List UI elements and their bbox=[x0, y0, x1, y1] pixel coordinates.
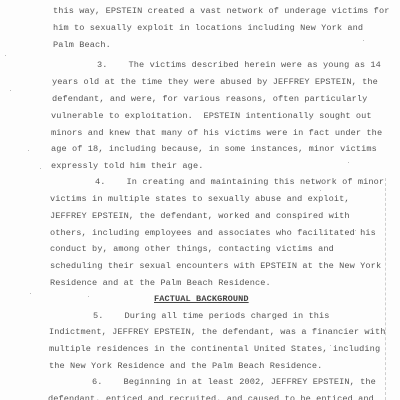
text-line: Palm Beach. bbox=[53, 40, 111, 50]
scan-speck bbox=[363, 40, 364, 41]
scan-speck bbox=[10, 90, 11, 91]
text-line: victims in multiple states to sexually a… bbox=[50, 194, 350, 204]
scan-speck bbox=[355, 230, 356, 231]
text-line: conduct by, among other things, contacti… bbox=[50, 244, 334, 254]
scan-speck bbox=[5, 55, 6, 56]
text-line: 6. Beginning in at least 2002, JEFFREY E… bbox=[92, 377, 376, 387]
document-page: this way, EPSTEIN created a vast network… bbox=[0, 0, 400, 400]
text-line: defendant, enticed and recruited, and ca… bbox=[48, 394, 374, 400]
scan-speck bbox=[40, 168, 41, 169]
text-line: the New York Residence and the Palm Beac… bbox=[49, 361, 322, 371]
text-line: age of 18, including because, in some in… bbox=[51, 144, 377, 154]
text-line: expressly told him their age. bbox=[51, 161, 203, 171]
scan-speck bbox=[340, 98, 341, 99]
scan-speck bbox=[30, 293, 31, 294]
scan-speck bbox=[88, 296, 89, 297]
text-line: 3. The victims described herein were as … bbox=[97, 60, 381, 70]
text-line: years old at the time they were abused b… bbox=[52, 77, 378, 87]
text-line: scheduling their sexual encounters with … bbox=[50, 261, 381, 271]
scan-speck bbox=[348, 162, 349, 163]
scan-speck bbox=[28, 150, 29, 151]
text-line: others, including employees and associat… bbox=[50, 228, 376, 238]
text-line: JEFFREY EPSTEIN, the defendant, worked a… bbox=[50, 211, 350, 221]
text-line: Indictment, JEFFREY EPSTEIN, the defenda… bbox=[49, 327, 385, 337]
scan-speck bbox=[330, 345, 331, 346]
text-line: defendant, and were, for various reasons… bbox=[52, 94, 367, 104]
text-line: this way, EPSTEIN created a vast network… bbox=[53, 6, 389, 16]
section-heading: FACTUAL BACKGROUND bbox=[154, 294, 249, 304]
text-line: 4. In creating and maintaining this netw… bbox=[95, 177, 384, 187]
margin-rule bbox=[385, 178, 386, 400]
text-line: 5. During all time periods charged in th… bbox=[93, 311, 330, 321]
text-line: Residence and at the Palm Beach Residenc… bbox=[50, 278, 271, 288]
scan-speck bbox=[320, 190, 321, 191]
text-line: vulnerable to exploitation. EPSTEIN inte… bbox=[51, 111, 372, 121]
text-line: him to sexually exploit in locations inc… bbox=[53, 23, 363, 33]
text-line: minors and knew that many of his victims… bbox=[51, 128, 382, 138]
